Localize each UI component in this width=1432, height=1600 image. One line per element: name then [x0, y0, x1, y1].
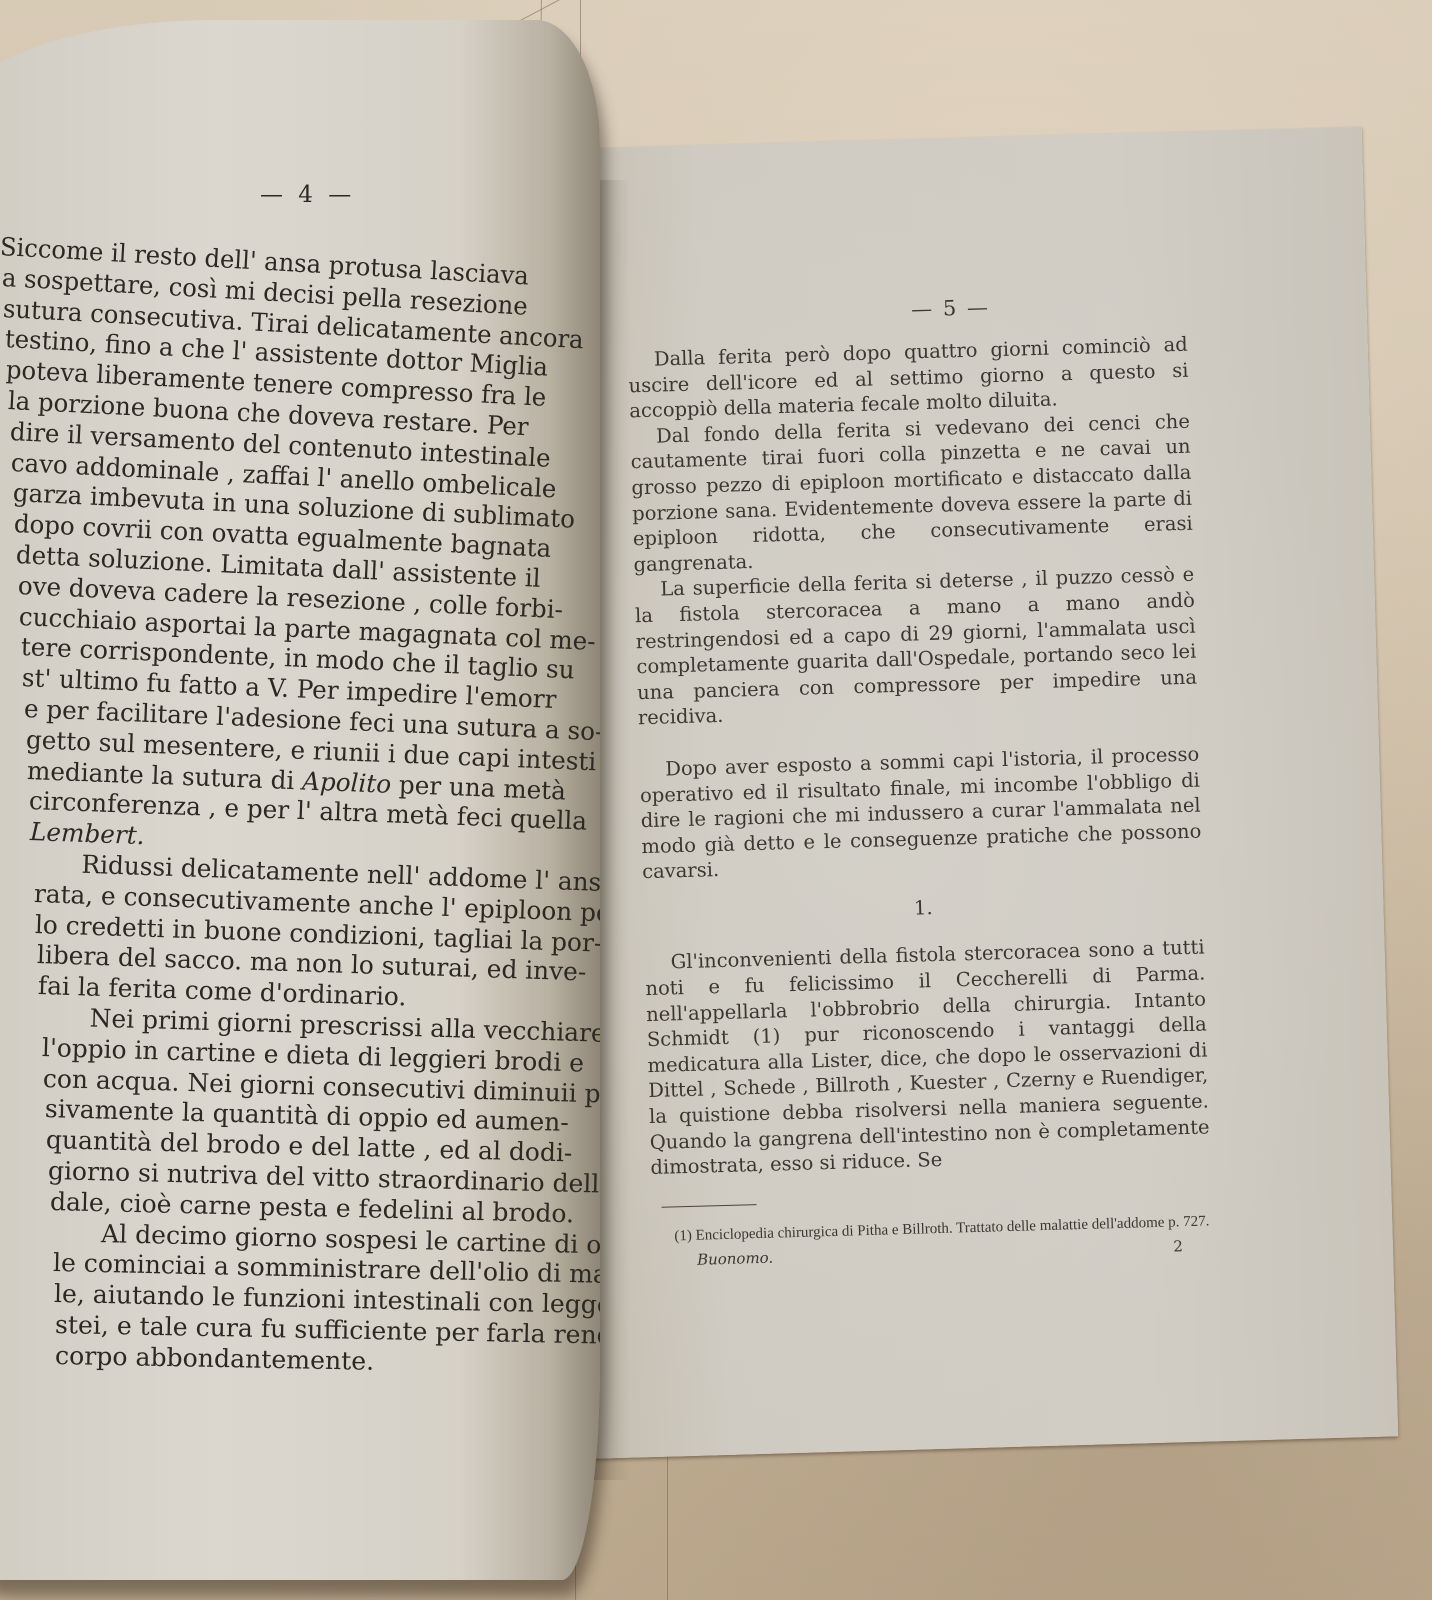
left-page: — 4 — Siccome il resto dell' ansa protus…	[0, 20, 600, 1580]
section-heading: 1.	[643, 887, 1203, 928]
left-page-body: Siccome il resto dell' ansa protusa lasc…	[0, 232, 530, 1371]
page-number: — 5 —	[534, 285, 1366, 332]
right-page: — 5 — Dalla ferita però dopo quattro gio…	[530, 127, 1398, 1460]
table-seam	[667, 1455, 668, 1600]
paragraph: La superficie della ferita si deterse , …	[634, 562, 1198, 731]
footnote-divider	[662, 1204, 757, 1208]
paragraph: Dal fondo della ferita si vedevano dei c…	[630, 408, 1194, 577]
paragraph: Gl'inconvenienti della fistola stercorac…	[644, 935, 1210, 1181]
signature: Buonomo.	[697, 1245, 774, 1273]
paragraph: Dopo aver esposto a sommi capi l'istoria…	[639, 741, 1202, 885]
signature-number: 2	[1173, 1234, 1183, 1260]
page-number: — 4 —	[260, 182, 355, 208]
right-page-body: Dalla ferita però dopo quattro giorni co…	[628, 332, 1214, 1275]
